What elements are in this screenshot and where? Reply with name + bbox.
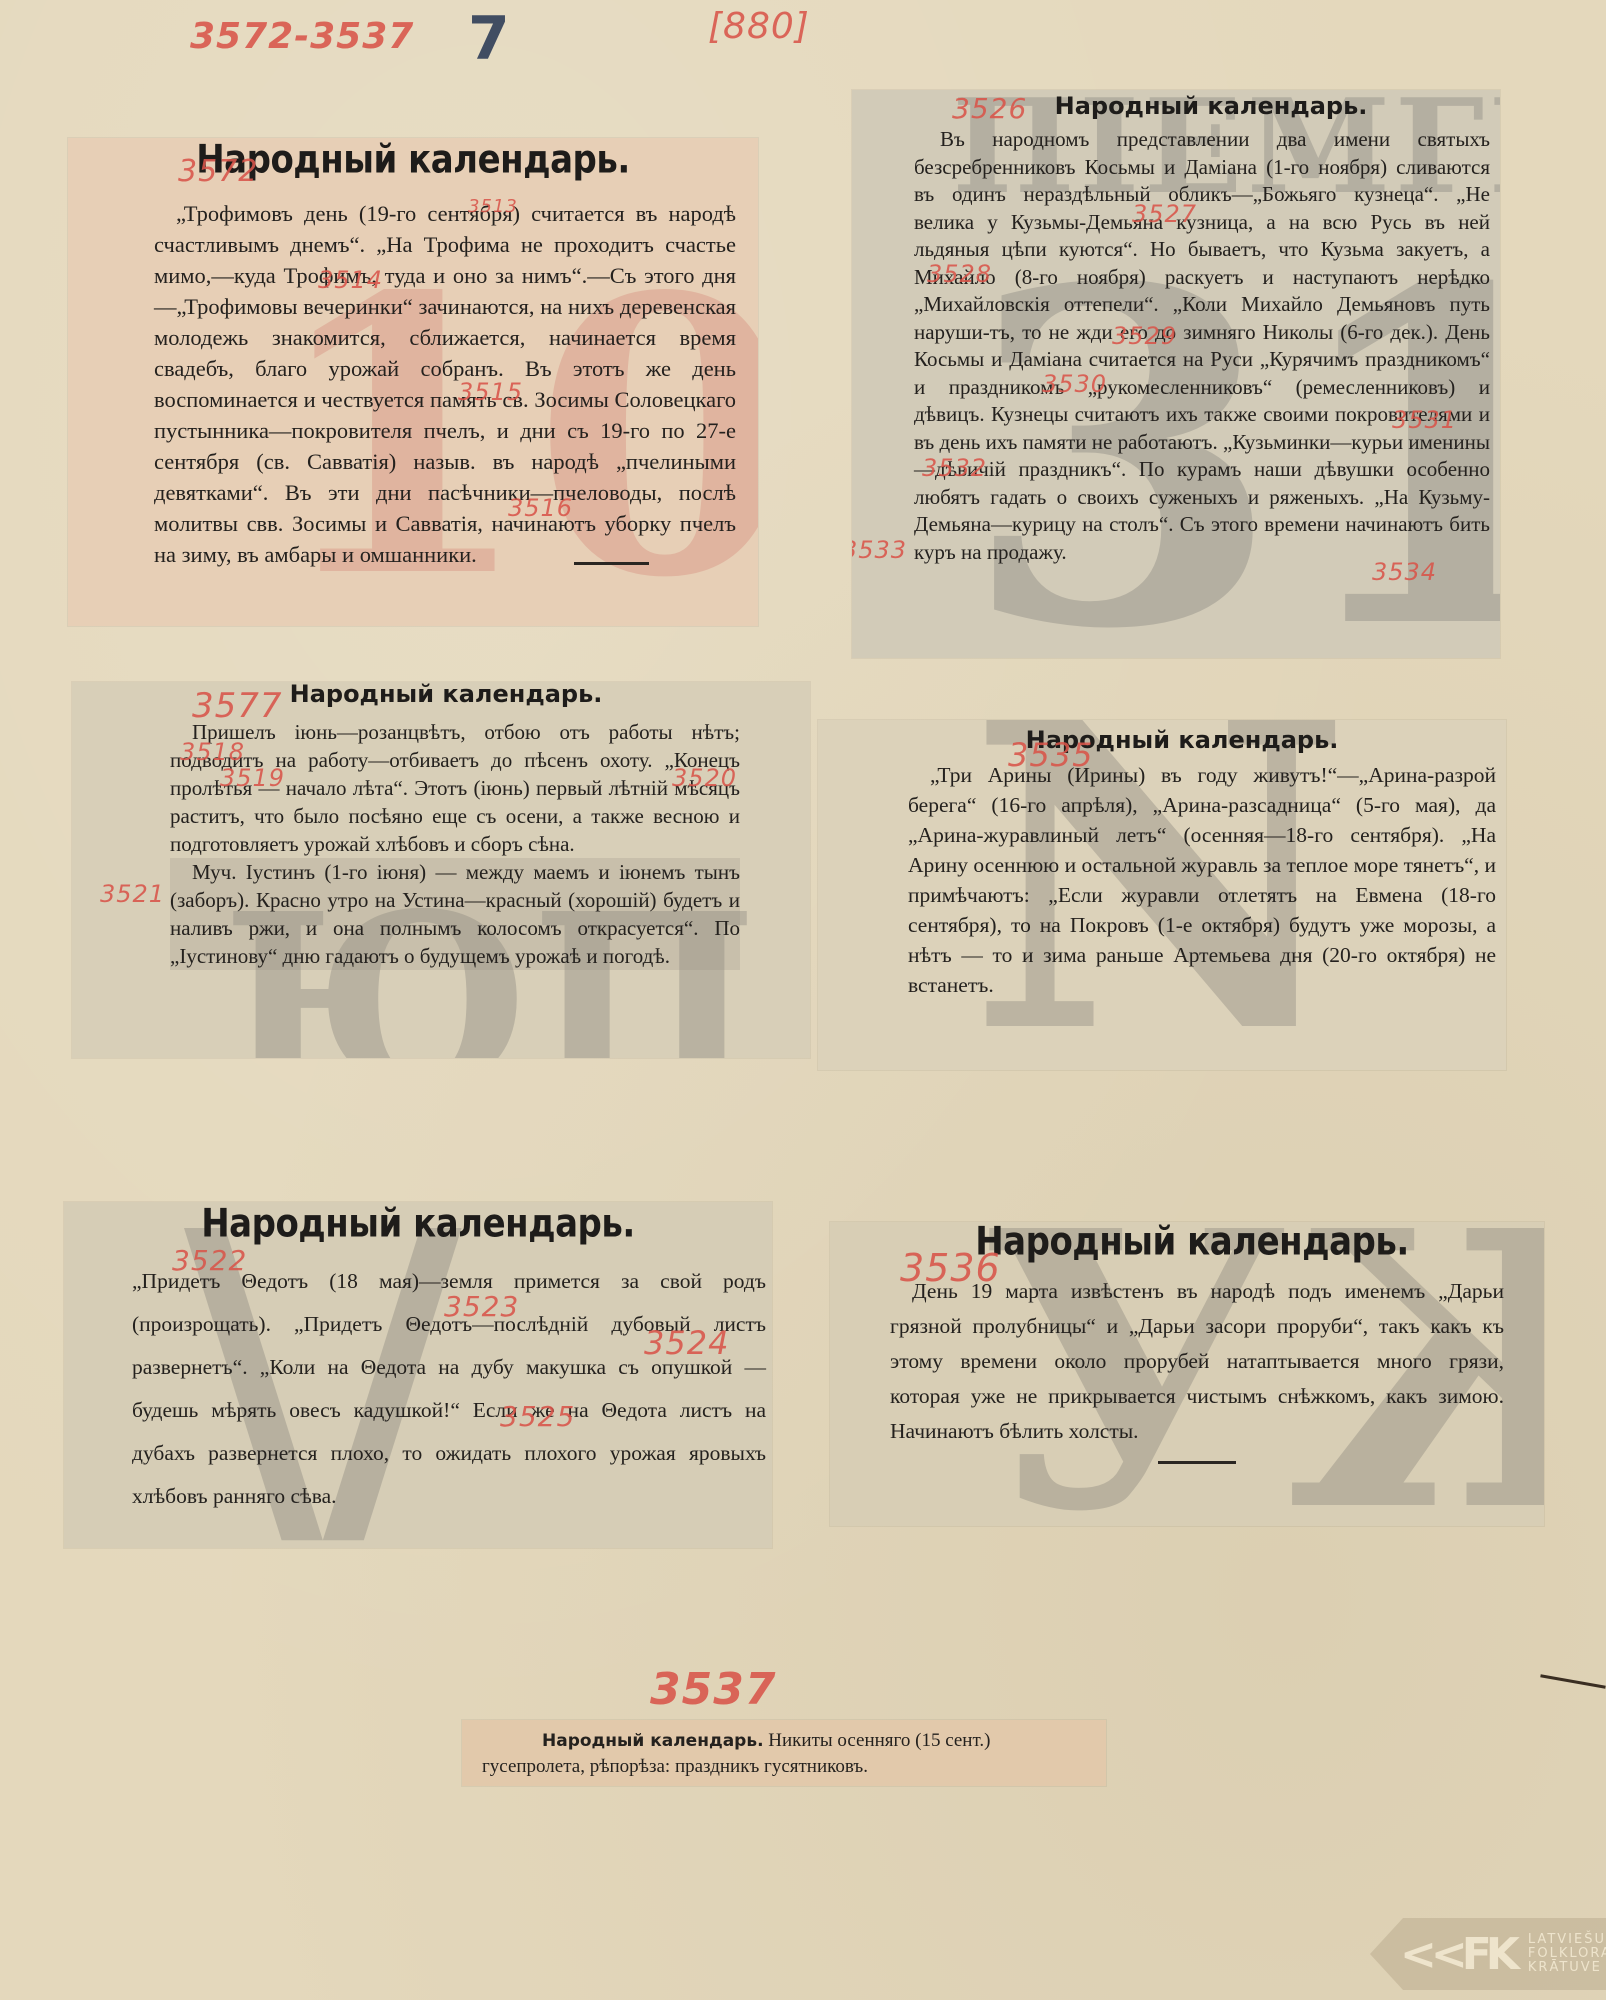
archive-logo: <<FK LATVIEŠU FOLKLORAS KRĀTUVE [1370,1918,1606,1990]
clipping-title: Народный календарь. [72,682,810,708]
clipping-three-arinas: N Народный календарь. „Три Арины (Ирины)… [818,720,1506,1070]
archive-number: 3520 [672,764,737,792]
clipping-title: Народный календарь. [68,138,758,183]
archive-number: 3523 [444,1290,519,1323]
clipping-paragraph: День 19 марта извѣстенъ въ народѣ подъ и… [890,1274,1504,1449]
archive-number: 3533 [852,536,907,564]
archive-number: 3524 [644,1324,729,1362]
logo-line: KRĀTUVE [1528,1961,1606,1975]
archive-number: 3531 [1392,406,1457,434]
clipping-paragraph: „Трофимовъ день (19-го сентября) считает… [154,198,736,570]
logo-mark-icon: <<FK [1400,1929,1514,1980]
clipping-title: Народный календарь. [852,92,1500,120]
archive-number: 3535 [1008,736,1093,774]
clipping-kosma-damian: ПІЕМГПИК 31 Народный календарь. Въ народ… [852,90,1500,658]
archive-number: 3525 [500,1400,575,1433]
clipping-title: Народный календарь. [482,1731,764,1751]
archive-number: 3519 [220,764,285,792]
archive-number: 3572 [178,154,258,189]
archive-number: 3534 [1372,558,1437,586]
archive-number: 3514 [318,266,383,294]
archive-number: 3515 [458,378,523,406]
clipping-title: Народный календарь. [818,726,1506,754]
archive-number: 3516 [508,494,573,522]
clipping-paragraph: Муч. Іустинъ (1-го іюня) — между маемъ и… [170,858,740,970]
archive-number: 3527 [1132,200,1197,228]
clipping-text: Въ народномъ представлении два имени свя… [914,126,1490,566]
clipping-text: Пришелъ іюнь—розанцвѣтъ, отбою отъ работ… [170,718,740,970]
archive-number: 3518 [180,738,245,766]
archive-number: 3526 [952,92,1027,125]
logo-text: LATVIEŠU FOLKLORAS KRĀTUVE [1528,1933,1606,1975]
clipping-text: Народный календарь. Никиты осенняго (15 … [482,1728,1096,1779]
clipping-nikita: Народный календарь. Никиты осенняго (15 … [462,1720,1106,1786]
archive-number: 3522 [172,1244,247,1277]
header-ink-correction: 7 [468,4,511,74]
archive-number: 3530 [1042,370,1107,398]
logo-line: LATVIEŠU [1528,1933,1606,1947]
clipping-text: День 19 марта извѣстенъ въ народѣ подъ и… [890,1274,1504,1464]
page-number: [880] [708,6,810,47]
clipping-text: „Три Арины (Ирины) въ году живутъ!“—„Ари… [908,760,1496,1000]
archive-number: 3529 [1112,322,1177,350]
clipping-trofimov-day: 10 Народный календарь. „Трофимовъ день (… [68,138,758,626]
archive-number: 3536 [900,1246,1001,1290]
clipping-title: Народный календарь. [64,1202,772,1247]
clipping-text: „Трофимовъ день (19-го сентября) считает… [154,198,736,565]
clipping-paragraph: Въ народномъ представлении два имени свя… [914,126,1490,566]
clipping-feodot: \/ L Народный календарь. „Придетъ Θедотъ… [64,1202,772,1548]
archive-number: 3521 [100,880,165,908]
archive-number: 3532 [922,454,987,482]
header-range-number: 3572-3537 [190,16,414,57]
logo-line: FOLKLORAS [1528,1947,1606,1961]
clipping-darya: УЖ Народный календарь. День 19 марта изв… [830,1222,1544,1526]
archive-number: 3577 [192,686,283,726]
clipping-paragraph: „Три Арины (Ирины) въ году живутъ!“—„Ари… [908,760,1496,1000]
archive-number: 3513 [468,196,518,217]
end-rule [1158,1461,1236,1464]
archive-number: 3528 [927,260,992,288]
archive-number: 3537 [650,1664,776,1715]
clipping-june: ЮП Народный календарь. Пришелъ іюнь—роза… [72,682,810,1058]
end-rule [574,562,649,565]
